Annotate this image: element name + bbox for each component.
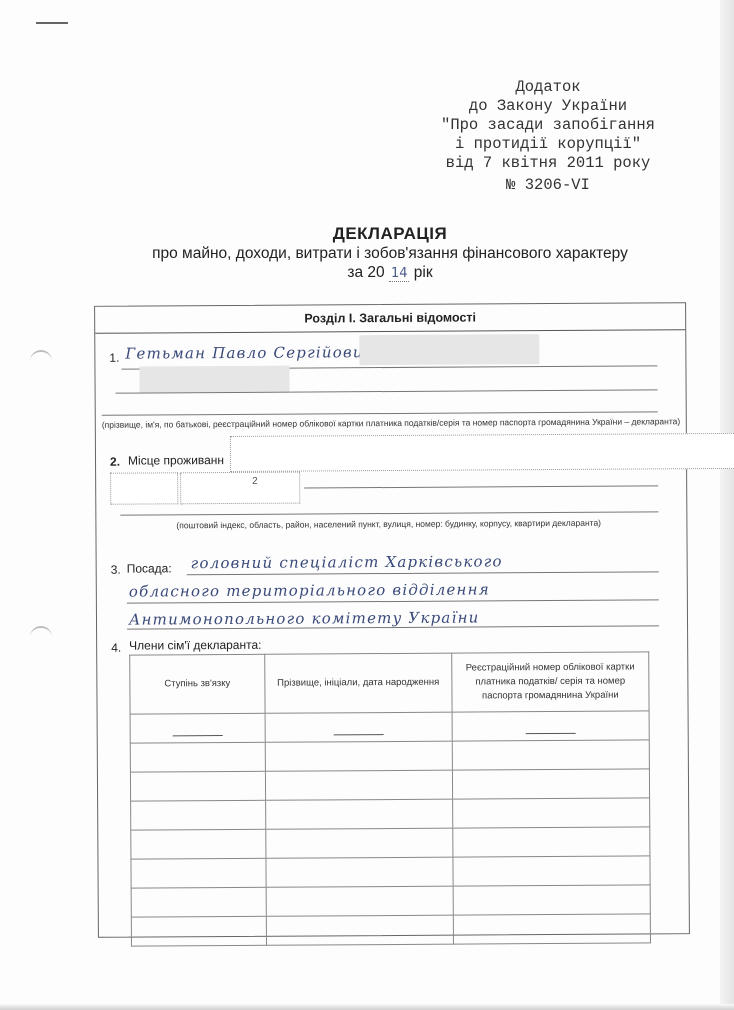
family-members-table: Ступінь зв'язку Прізвище, ініціали, дата… bbox=[129, 651, 651, 946]
punch-hole bbox=[30, 350, 52, 364]
family-members-label: Члени сім'ї декларанта: bbox=[129, 638, 261, 653]
table-cell bbox=[131, 800, 266, 830]
declarant-name-handwritten: Гетьман Павло Сергійович, bbox=[125, 343, 380, 363]
table-row bbox=[130, 711, 649, 743]
field-caption: (прізвище, ім'я, по батькові, реєстрацій… bbox=[102, 416, 680, 430]
appendix-line: і протидії корупції" bbox=[418, 135, 678, 154]
section-heading: Розділ І. Загальні відомості bbox=[95, 303, 685, 334]
scanned-page: Додаток до Закону України "Про засади за… bbox=[0, 0, 734, 1010]
appendix-line: № 3206-VI bbox=[418, 176, 678, 195]
field-caption: (поштовий індекс, область, район, населе… bbox=[176, 518, 601, 531]
table-cell bbox=[131, 916, 266, 946]
item-number: 2. bbox=[110, 455, 120, 469]
redacted-area bbox=[359, 334, 539, 365]
appendix-line: Додаток bbox=[418, 78, 678, 97]
table-cell bbox=[266, 886, 453, 916]
item-number: 3. bbox=[111, 563, 121, 577]
page-edge-shadow bbox=[720, 0, 734, 1010]
appendix-note: Додаток до Закону України "Про засади за… bbox=[418, 78, 678, 195]
table-cell bbox=[452, 798, 649, 828]
table-cell bbox=[265, 712, 452, 742]
table-cell bbox=[452, 740, 649, 770]
redacted-overlay bbox=[180, 472, 300, 505]
item-number: 1. bbox=[109, 351, 119, 365]
table-row bbox=[131, 827, 650, 859]
dash-mark bbox=[526, 732, 576, 733]
table-cell bbox=[266, 828, 453, 858]
position-handwritten: головний спеціаліст Харківського bbox=[191, 552, 503, 572]
item-number: 4. bbox=[111, 641, 121, 655]
table-cell bbox=[266, 915, 453, 945]
table-cell bbox=[265, 770, 452, 800]
declaration-year: за 20 14 рік bbox=[120, 264, 660, 282]
redacted-area bbox=[139, 366, 289, 393]
table-cell bbox=[452, 711, 649, 741]
table-cell bbox=[131, 829, 266, 859]
year-prefix: за 20 bbox=[347, 264, 384, 281]
dash-mark bbox=[173, 735, 223, 736]
page-subtitle: про майно, доходи, витрати і зобов'язанн… bbox=[120, 245, 660, 263]
table-cell bbox=[131, 887, 266, 917]
appendix-line: "Про засади запобігання bbox=[418, 116, 678, 135]
table-cell bbox=[265, 741, 452, 771]
redacted-overlay bbox=[110, 472, 178, 504]
table-row bbox=[131, 798, 650, 830]
dash-mark bbox=[334, 734, 384, 735]
year-suffix: рік bbox=[414, 264, 433, 281]
position-label: Посада: bbox=[127, 561, 172, 575]
fill-line bbox=[304, 485, 658, 488]
table-cell bbox=[453, 827, 650, 857]
declaration-title: ДЕКЛАРАЦІЯ про майно, доходи, витрати і … bbox=[120, 224, 660, 282]
page-edge-shadow bbox=[0, 1004, 734, 1010]
table-cell bbox=[452, 769, 649, 799]
fill-line bbox=[120, 511, 658, 515]
table-header-row: Ступінь зв'язку Прізвище, ініціали, дата… bbox=[130, 652, 649, 714]
table-row bbox=[130, 740, 649, 772]
table-cell bbox=[453, 885, 650, 915]
table-cell bbox=[266, 799, 453, 829]
table-cell bbox=[453, 856, 650, 886]
page-title: ДЕКЛАРАЦІЯ bbox=[120, 224, 660, 244]
fill-line bbox=[102, 411, 658, 415]
address-fragment: 2 bbox=[252, 476, 258, 487]
scan-mark bbox=[36, 22, 68, 24]
table-row bbox=[131, 914, 650, 946]
punch-hole bbox=[30, 626, 52, 640]
column-header: Прізвище, ініціали, дата народження bbox=[265, 653, 452, 713]
appendix-line: до Закону України bbox=[418, 97, 678, 116]
table-cell bbox=[266, 857, 453, 887]
table-cell bbox=[130, 713, 265, 743]
position-handwritten: обласного територіального відділення bbox=[129, 580, 490, 600]
table-row bbox=[130, 769, 649, 801]
table-row bbox=[131, 856, 650, 888]
redacted-overlay bbox=[230, 433, 734, 472]
residence-label: Місце проживанн bbox=[128, 453, 224, 468]
table-cell bbox=[131, 858, 266, 888]
section-frame: Розділ І. Загальні відомості 1. Гетьман … bbox=[94, 302, 690, 938]
table-row bbox=[131, 885, 650, 917]
position-handwritten: Антимонопольного комітету України bbox=[129, 608, 480, 628]
appendix-line: від 7 квітня 2011 року bbox=[418, 154, 678, 173]
table-cell bbox=[130, 771, 265, 801]
column-header: Ступінь зв'язку bbox=[130, 654, 265, 714]
table-cell bbox=[130, 742, 265, 772]
table-cell bbox=[453, 914, 650, 944]
year-handwritten: 14 bbox=[389, 266, 410, 282]
fill-line bbox=[187, 571, 659, 575]
column-header: Реєстраційний номер облікової картки пла… bbox=[451, 652, 649, 712]
